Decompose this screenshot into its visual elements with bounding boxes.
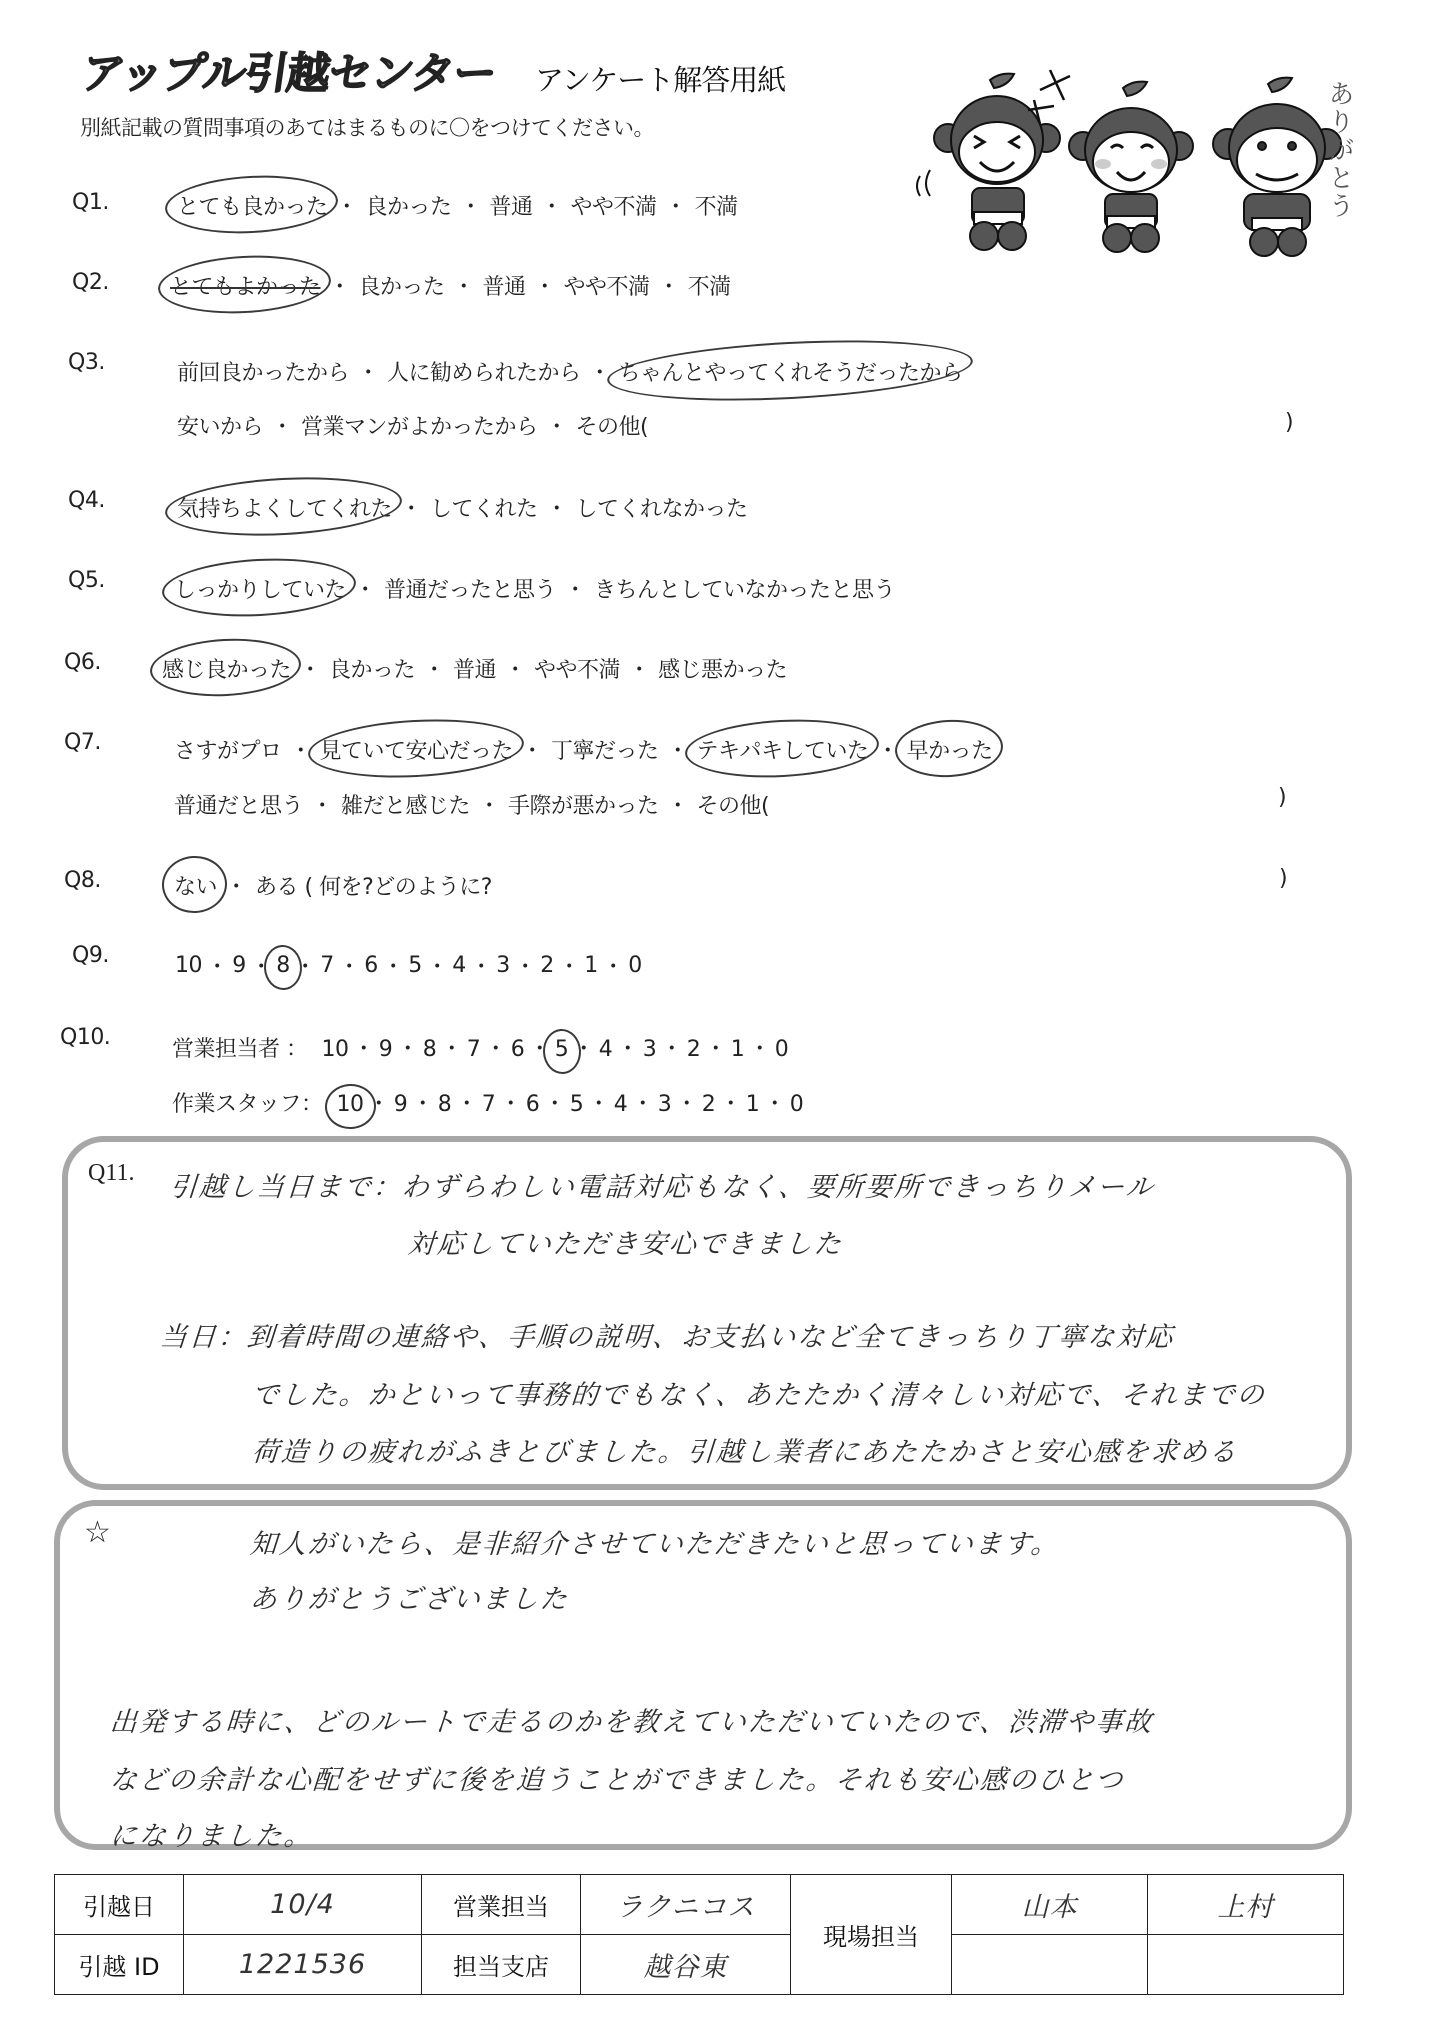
scale-separator: ・ bbox=[613, 1032, 643, 1063]
q11-line: 荷造りの疲れがふきとびました。引越し業者にあたたかさと安心感を求める bbox=[251, 1430, 1240, 1469]
answer-option[interactable]: 安いから bbox=[175, 410, 265, 441]
option-separator: ・ bbox=[540, 410, 574, 441]
comment-line: などの余計な心配をせずに後を追うことができました。それも安心感のひとつ bbox=[109, 1758, 1126, 1797]
q10-sales-scale: 10・9・8・7・6・5・4・3・2・1・0 bbox=[322, 1032, 789, 1063]
answer-option-selected[interactable]: テキパキしていた bbox=[695, 734, 871, 765]
answer-option[interactable]: 良かった bbox=[327, 653, 417, 684]
scale-separator: ・ bbox=[202, 950, 232, 981]
site-staff-field-3[interactable] bbox=[952, 1935, 1148, 1995]
scale-option[interactable]: 1 bbox=[746, 1092, 760, 1117]
q11-line: 対応していただき安心できました bbox=[407, 1222, 845, 1261]
scale-option[interactable]: 7 bbox=[320, 953, 334, 978]
question-q5-options: しっかりしていた・普通だったと思う・きちんとしていなかったと思う bbox=[172, 573, 897, 604]
answer-option[interactable]: 普通 bbox=[481, 270, 528, 301]
option-separator: ・ bbox=[659, 190, 693, 221]
scale-option[interactable]: 3 bbox=[496, 953, 510, 978]
scale-option[interactable]: 3 bbox=[643, 1037, 657, 1062]
option-separator: ・ bbox=[498, 653, 532, 684]
answer-option-selected[interactable]: ない bbox=[172, 870, 219, 901]
answer-option-selected[interactable]: とてもよかった bbox=[168, 270, 323, 301]
scale-separator: ・ bbox=[437, 1032, 467, 1063]
q10-sales-row: 営業担当者 ： 10・9・8・7・6・5・4・3・2・1・0 bbox=[172, 1032, 789, 1063]
scale-separator: ・ bbox=[598, 950, 628, 981]
scale-separator: ・ bbox=[745, 1032, 775, 1063]
answer-option-selected[interactable]: 感じ良かった bbox=[160, 653, 293, 684]
scale-option[interactable]: 4 bbox=[452, 953, 466, 978]
scale-option[interactable]: 8 bbox=[438, 1092, 452, 1117]
answer-option[interactable]: さすがプロ bbox=[172, 734, 284, 765]
site-staff-field-4[interactable] bbox=[1148, 1935, 1344, 1995]
q11-line: でした。かといって事務的でもなく、あたたかく清々しい対応で、それまでの bbox=[251, 1373, 1268, 1412]
scale-separator: ・ bbox=[672, 1087, 702, 1118]
scale-option[interactable]: 8 bbox=[423, 1037, 437, 1062]
answer-option[interactable]: 感じ悪かった bbox=[656, 653, 789, 684]
scale-separator: ・ bbox=[554, 950, 584, 981]
scale-separator: ・ bbox=[760, 1087, 790, 1118]
answer-option[interactable]: 人に勧められたから bbox=[385, 356, 583, 387]
scale-separator: ・ bbox=[334, 950, 364, 981]
question-label-q3: Q3. bbox=[68, 350, 105, 375]
option-separator: ・ bbox=[447, 270, 481, 301]
scale-option-selected[interactable]: 5 bbox=[555, 1037, 569, 1062]
question-label-q4: Q4. bbox=[68, 488, 105, 513]
scale-option[interactable]: 6 bbox=[364, 953, 378, 978]
answer-option[interactable]: 丁寧だった bbox=[549, 734, 661, 765]
sales-rep-field[interactable]: ラクニコス bbox=[581, 1875, 791, 1935]
option-separator: ・ bbox=[305, 789, 339, 820]
question-label-q8: Q8. bbox=[64, 868, 101, 893]
move-id-label: 引越 ID bbox=[55, 1935, 184, 1995]
q3-other-close-paren: ) bbox=[1285, 410, 1294, 435]
q10-staff-label: 作業スタッフ： bbox=[172, 1087, 323, 1118]
company-brand: アップル引越センター bbox=[78, 40, 500, 101]
question-q2-options: とてもよかった・良かった・普通・やや不満・不満 bbox=[168, 270, 733, 301]
answer-option[interactable]: その他( bbox=[574, 410, 651, 441]
answer-option-selected[interactable]: とても良かった bbox=[175, 190, 330, 221]
branch-field[interactable]: 越谷東 bbox=[581, 1935, 791, 1995]
question-q8-options: ない・ある ( 何を?どのように? bbox=[172, 870, 494, 901]
scale-separator: ・ bbox=[452, 1087, 482, 1118]
answer-option[interactable]: 良かった bbox=[364, 190, 454, 221]
question-q3-options: 前回良かったから・人に勧められたから・ちゃんとやってくれそうだったから bbox=[175, 356, 965, 387]
answer-option-selected[interactable]: 早かった bbox=[905, 734, 995, 765]
answer-option[interactable]: 普通 bbox=[488, 190, 535, 221]
question-q7-options: 普通だと思う・雑だと感じた・手際が悪かった・その他( bbox=[172, 789, 771, 820]
q10-staff-scale: 10・9・8・7・6・5・4・3・2・1・0 bbox=[337, 1087, 804, 1118]
answer-option[interactable]: 雑だと感じた bbox=[339, 789, 472, 820]
scale-option-selected[interactable]: 10 bbox=[337, 1092, 364, 1117]
answer-option[interactable]: 普通だと思う bbox=[172, 789, 305, 820]
scale-option[interactable]: 5 bbox=[570, 1092, 584, 1117]
question-label-q5: Q5. bbox=[68, 568, 105, 593]
scale-option[interactable]: 5 bbox=[408, 953, 422, 978]
scale-option[interactable]: 9 bbox=[232, 953, 246, 978]
q9-label: Q9. bbox=[72, 943, 109, 968]
scale-option[interactable]: 7 bbox=[482, 1092, 496, 1117]
q11-line: 引越し当日まで：わずらわしい電話対応もなく、要所要所できっちりメール bbox=[169, 1165, 1157, 1204]
option-separator: ・ bbox=[528, 270, 562, 301]
option-separator: ・ bbox=[472, 789, 506, 820]
scale-separator: ・ bbox=[628, 1087, 658, 1118]
scale-option[interactable]: 0 bbox=[775, 1037, 789, 1062]
monkey-mascots-icon bbox=[900, 60, 1360, 260]
question-q6-options: 感じ良かった・良かった・普通・やや不満・感じ悪かった bbox=[160, 653, 789, 684]
question-q3-options: 安いから・営業マンがよかったから・その他( bbox=[175, 410, 650, 441]
comment-line: 知人がいたら、是非紹介させていただきたいと思っています。 bbox=[249, 1522, 1062, 1561]
scale-separator: ・ bbox=[466, 950, 496, 981]
scale-option[interactable]: 2 bbox=[702, 1092, 716, 1117]
scale-separator: ・ bbox=[510, 950, 540, 981]
answer-option[interactable]: 普通だったと思う bbox=[382, 573, 558, 604]
mascot-caption: ありがとう bbox=[1322, 80, 1358, 220]
site-staff-field-1[interactable]: 山本 bbox=[952, 1875, 1148, 1935]
scale-option[interactable]: 4 bbox=[614, 1092, 628, 1117]
option-separator: ・ bbox=[540, 492, 574, 523]
site-staff-label: 現場担当 bbox=[791, 1875, 952, 1995]
option-separator: ・ bbox=[622, 653, 656, 684]
answer-option[interactable]: 不満 bbox=[693, 190, 740, 221]
scale-separator: ・ bbox=[393, 1032, 423, 1063]
scale-option[interactable]: 1 bbox=[731, 1037, 745, 1062]
option-separator: ・ bbox=[661, 789, 695, 820]
move-info-table: 引越日 10/4 営業担当 ラクニコス 現場担当 山本 上村 引越 ID 122… bbox=[54, 1874, 1344, 1995]
scale-option[interactable]: 0 bbox=[790, 1092, 804, 1117]
question-q7-options: さすがプロ・見ていて安心だった・丁寧だった・テキパキしていた・早かった bbox=[172, 734, 995, 765]
move-id-field[interactable]: 1221536 bbox=[184, 1935, 422, 1995]
option-separator: ・ bbox=[265, 410, 299, 441]
scale-option-selected[interactable]: 8 bbox=[276, 953, 290, 978]
scale-option[interactable]: 2 bbox=[540, 953, 554, 978]
scale-separator: ・ bbox=[716, 1087, 746, 1118]
answer-option-selected[interactable]: しっかりしていた bbox=[172, 573, 348, 604]
sales-rep-label: 営業担当 bbox=[422, 1875, 581, 1935]
answer-option[interactable]: やや不満 bbox=[562, 270, 652, 301]
form-title: アンケート解答用紙 bbox=[535, 58, 785, 99]
q10-label: Q10. bbox=[60, 1025, 110, 1050]
answer-option[interactable]: 不満 bbox=[686, 270, 733, 301]
q7-other-close-paren: ) bbox=[1278, 785, 1287, 810]
scale-separator: ・ bbox=[422, 950, 452, 981]
q8-close-paren: ) bbox=[1279, 866, 1288, 891]
scale-option[interactable]: 6 bbox=[511, 1037, 525, 1062]
scale-option[interactable]: 10 bbox=[322, 1037, 349, 1062]
scale-option[interactable]: 2 bbox=[687, 1037, 701, 1062]
option-separator: ・ bbox=[454, 190, 488, 221]
answer-option[interactable]: 普通 bbox=[451, 653, 498, 684]
option-separator: ・ bbox=[417, 653, 451, 684]
answer-option-selected[interactable]: 見ていて安心だった bbox=[318, 734, 516, 765]
question-label-q1: Q1. bbox=[72, 190, 109, 215]
answer-option-selected[interactable]: ちゃんとやってくれそうだったから bbox=[617, 356, 965, 387]
question-label-q7: Q7. bbox=[64, 730, 101, 755]
scale-option[interactable]: 10 bbox=[175, 953, 202, 978]
answer-option[interactable]: きちんとしていなかったと思う bbox=[592, 573, 897, 604]
scale-separator: ・ bbox=[349, 1032, 379, 1063]
answer-option[interactable]: 前回良かったから bbox=[175, 356, 351, 387]
comment-line: ありがとうございました bbox=[249, 1577, 571, 1616]
answer-option[interactable]: 良かった bbox=[357, 270, 447, 301]
scale-option[interactable]: 9 bbox=[394, 1092, 408, 1117]
question-q4-options: 気持ちよくしてくれた・してくれた・してくれなかった bbox=[175, 492, 750, 523]
option-separator: ・ bbox=[558, 573, 592, 604]
scale-option[interactable]: 4 bbox=[599, 1037, 613, 1062]
question-q1-options: とても良かった・良かった・普通・やや不満・不満 bbox=[175, 190, 740, 221]
scale-separator: ・ bbox=[496, 1087, 526, 1118]
scale-separator: ・ bbox=[657, 1032, 687, 1063]
option-separator: ・ bbox=[351, 356, 385, 387]
scale-separator: ・ bbox=[481, 1032, 511, 1063]
q10-sales-label: 営業担当者 ： bbox=[172, 1032, 308, 1063]
answer-option[interactable]: その他( bbox=[695, 789, 772, 820]
q10-staff-row: 作業スタッフ： 10・9・8・7・6・5・4・3・2・1・0 bbox=[172, 1087, 804, 1118]
question-label-q6: Q6. bbox=[64, 650, 101, 675]
scale-option[interactable]: 7 bbox=[467, 1037, 481, 1062]
scale-separator: ・ bbox=[378, 950, 408, 981]
comment-line: 出発する時に、どのルートで走るのかを教えていただいていたので、渋滞や事故 bbox=[109, 1700, 1155, 1739]
scale-separator: ・ bbox=[540, 1087, 570, 1118]
scale-separator: ・ bbox=[584, 1087, 614, 1118]
answer-option-selected[interactable]: 気持ちよくしてくれた bbox=[175, 492, 394, 523]
scale-option[interactable]: 9 bbox=[379, 1037, 393, 1062]
question-label-q2: Q2. bbox=[72, 270, 109, 295]
scale-separator: ・ bbox=[701, 1032, 731, 1063]
site-staff-field-2[interactable]: 上村 bbox=[1148, 1875, 1344, 1935]
scale-separator: ・ bbox=[408, 1087, 438, 1118]
comment-line: になりました。 bbox=[109, 1814, 315, 1853]
instructions: 別紙記載の質問事項のあてはまるものに〇をつけてください。 bbox=[80, 112, 654, 142]
q11-label: Q11. bbox=[88, 1160, 134, 1187]
move-date-field[interactable]: 10/4 bbox=[184, 1875, 422, 1935]
scale-option[interactable]: 1 bbox=[584, 953, 598, 978]
answer-option[interactable]: 営業マンがよかったから bbox=[299, 410, 540, 441]
scale-option[interactable]: 3 bbox=[658, 1092, 672, 1117]
star-icon: ☆ bbox=[84, 1515, 111, 1550]
option-separator: ・ bbox=[535, 190, 569, 221]
q9-scale: 10・9・8・7・6・5・4・3・2・1・0 bbox=[175, 950, 642, 981]
move-date-label: 引越日 bbox=[55, 1875, 184, 1935]
scale-option[interactable]: 6 bbox=[526, 1092, 540, 1117]
answer-option[interactable]: やや不満 bbox=[569, 190, 659, 221]
answer-option[interactable]: やや不満 bbox=[532, 653, 622, 684]
q11-line: 当日：到着時間の連絡や、手順の説明、お支払いなど全てきっちり丁寧な対応 bbox=[159, 1315, 1176, 1354]
answer-option[interactable]: 手際が悪かった bbox=[506, 789, 661, 820]
answer-option[interactable]: してくれなかった bbox=[574, 492, 750, 523]
option-separator: ・ bbox=[652, 270, 686, 301]
scale-option[interactable]: 0 bbox=[628, 953, 642, 978]
answer-option[interactable]: ある ( 何を?どのように? bbox=[253, 870, 494, 901]
answer-option[interactable]: してくれた bbox=[428, 492, 540, 523]
branch-label: 担当支店 bbox=[422, 1935, 581, 1995]
